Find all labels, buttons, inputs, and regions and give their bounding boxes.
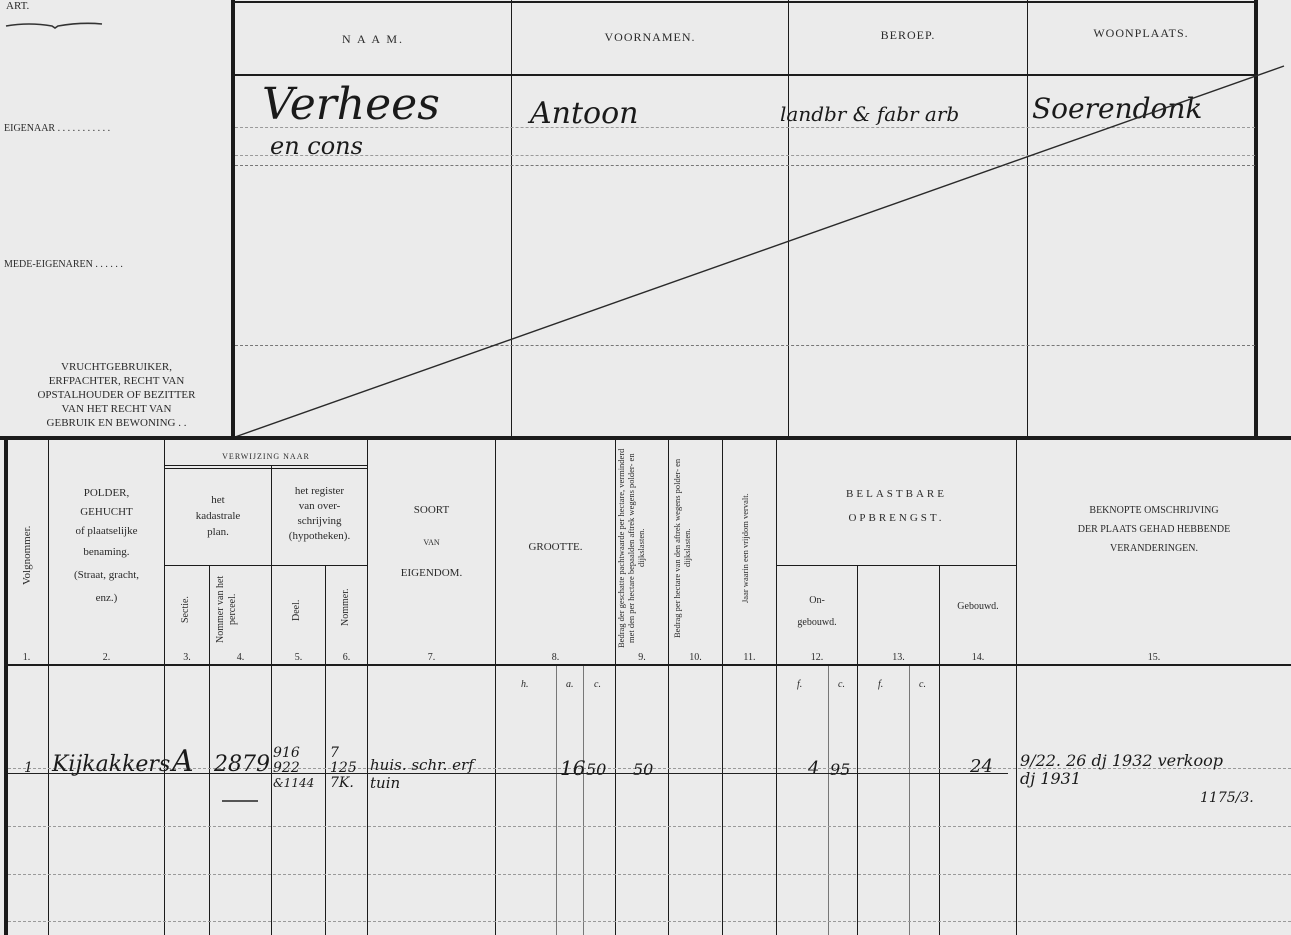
deel-line: &1144	[273, 776, 314, 791]
col-num-14: 14.	[940, 652, 1016, 664]
col-subdivider	[909, 666, 910, 935]
verwijzing-divider	[165, 468, 367, 469]
col-num-1: 1.	[5, 652, 48, 664]
col-num-9: 9.	[616, 652, 668, 664]
col-num-4: 4.	[210, 652, 271, 664]
row-soort: huis. schr. erf tuin	[370, 756, 474, 792]
col-num-15: 15.	[1017, 652, 1291, 664]
row-guide	[8, 826, 1291, 827]
col-subdivider	[556, 666, 557, 935]
header-line: plan.	[165, 524, 271, 540]
header-sectie: Sectie.	[180, 580, 192, 640]
header-line: EIGENDOM.	[368, 567, 495, 579]
header-line: of plaatselijke	[49, 520, 164, 543]
nommer-line: 7	[330, 746, 357, 761]
header-line: schrijving	[272, 514, 367, 529]
row-ongebouwd-f: 4	[808, 758, 819, 779]
header-jaar-vrijdom: Jaar waarin een vrijdom vervalt.	[740, 446, 750, 650]
row-guide	[8, 921, 1291, 922]
header-line: het	[165, 492, 271, 508]
unit-are: a.	[566, 679, 574, 691]
omschrijving-line: 9/22. 26 dj 1932 verkoop	[1020, 752, 1223, 770]
col-divider	[857, 565, 858, 935]
header-deel: Deel.	[291, 585, 303, 635]
header-register-overschrijving: het register van over- schrijving (hypot…	[272, 484, 367, 544]
header-grootte: GROOTTE.	[496, 541, 615, 553]
row-omschrijving: 9/22. 26 dj 1932 verkoop dj 1931	[1020, 752, 1223, 788]
col-num-13: 13.	[858, 652, 939, 664]
col-divider	[722, 440, 723, 935]
row-grootte-centiare: 50	[586, 760, 606, 779]
omschrijving-line: dj 1931	[1020, 770, 1223, 788]
unit-florin: f.	[797, 679, 802, 691]
header-line: SOORT	[368, 504, 495, 516]
unit-centiare: c.	[594, 679, 601, 691]
header-verwijzing-naar: VERWIJZING NAAR	[165, 452, 367, 461]
header-line: benaming.	[49, 541, 164, 564]
col-divider	[495, 440, 496, 935]
header-line: OPBRENGST.	[777, 506, 1016, 530]
verwijzing-divider	[165, 465, 367, 466]
sub-header-divider	[777, 565, 1016, 566]
col-subdivider	[828, 666, 829, 935]
header-line: het register	[272, 484, 367, 499]
header-line: van over-	[272, 499, 367, 514]
col-num-12: 12.	[777, 652, 857, 664]
row-deel: 916 922 &1144	[273, 746, 314, 791]
col-num-7: 7.	[368, 652, 495, 664]
header-line: VERANDERINGEN.	[1017, 539, 1291, 558]
col-divider	[325, 565, 326, 935]
header-line: gebouwd.	[777, 612, 857, 634]
header-volgnommer: Volgnommer.	[20, 480, 34, 630]
header-gebouwd: Gebouwd.	[940, 601, 1016, 613]
perceel-underline	[222, 800, 258, 802]
unit-cent: c.	[838, 679, 845, 691]
col-num-6: 6.	[326, 652, 367, 664]
header-line: kadastrale	[165, 508, 271, 524]
header-line: VAN	[368, 538, 495, 547]
col-num-11: 11.	[723, 652, 776, 664]
row-grootte-are: 16	[560, 756, 585, 780]
row-ongebouwd-c: 95	[830, 760, 850, 779]
soort-line: huis. schr. erf	[370, 756, 474, 774]
col-num-3: 3.	[165, 652, 209, 664]
sub-header-divider	[165, 565, 367, 566]
header-bedrag-aftrek: Bedrag per hectare van den aftrek wegens…	[672, 446, 718, 650]
unit-hectare: h.	[521, 679, 529, 691]
header-line: (Straat, gracht,	[49, 564, 164, 587]
header-beknopte-omschrijving: BEKNOPTE OMSCHRIJVING DER PLAATS GEHAD H…	[1017, 501, 1291, 558]
row-nommer: 7 125 7K.	[330, 746, 357, 791]
header-kadastrale-plan: het kadastrale plan.	[165, 492, 271, 540]
row-pachtwaarde: 50	[633, 760, 653, 779]
lower-table-top-border	[0, 436, 1291, 440]
header-line: On-	[777, 590, 857, 612]
col-divider	[939, 565, 940, 935]
unit-florin: f.	[878, 679, 883, 691]
col-subdivider	[583, 666, 584, 935]
row-omschrijving-ref: 1175/3.	[1200, 790, 1254, 806]
col-num-10: 10.	[669, 652, 722, 664]
header-polder: POLDER, GEHUCHT of plaatselijke benaming…	[49, 482, 164, 610]
deel-line: 916	[273, 746, 314, 761]
header-line: (hypotheken).	[272, 529, 367, 544]
lower-header-divider	[4, 664, 1291, 666]
header-ongebouwd: On- gebouwd.	[777, 590, 857, 634]
unit-cent: c.	[919, 679, 926, 691]
lower-table-left-border	[4, 440, 8, 935]
header-line: BELASTBARE	[777, 482, 1016, 506]
nommer-line: 7K.	[330, 776, 357, 791]
row-strikethrough	[8, 773, 1008, 774]
col-num-5: 5.	[272, 652, 325, 664]
soort-line: tuin	[370, 774, 474, 792]
col-num-2: 2.	[49, 652, 164, 664]
header-nommer-perceel: Nommer van het perceel.	[215, 572, 265, 647]
header-line: enz.)	[49, 587, 164, 610]
row-guide	[8, 874, 1291, 875]
header-belastbare-opbrengst: BELASTBARE OPBRENGST.	[777, 482, 1016, 530]
header-bedrag-pachtwaarde: Bedrag der geschatte pachtwaarde per hec…	[616, 446, 668, 650]
header-line: DER PLAATS GEHAD HEBBENDE	[1017, 520, 1291, 539]
col-divider	[668, 440, 669, 935]
header-soort-eigendom: SOORT VAN EIGENDOM.	[368, 504, 495, 579]
header-nommer: Nommer.	[340, 575, 352, 640]
header-line: BEKNOPTE OMSCHRIJVING	[1017, 501, 1291, 520]
col-num-8: 8.	[496, 652, 615, 664]
col-divider	[209, 565, 210, 935]
